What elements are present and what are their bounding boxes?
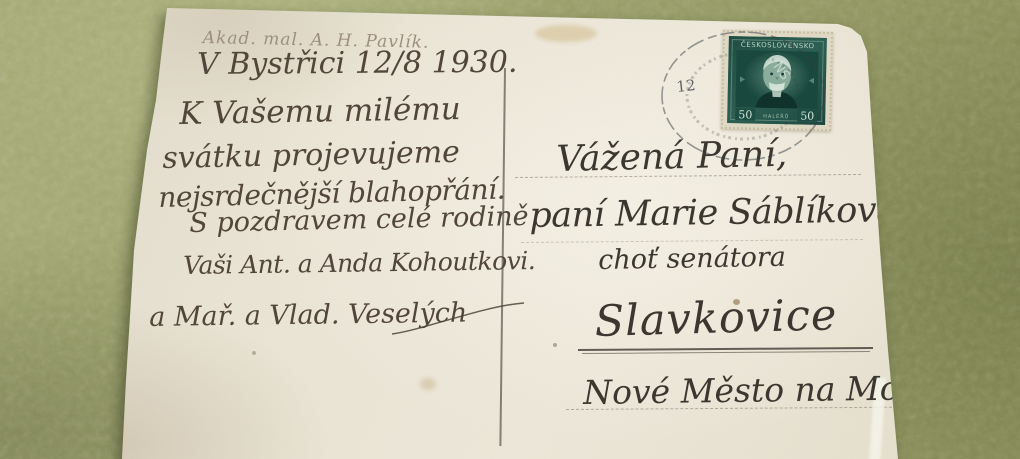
stamp-value-left: 50 [738,108,752,121]
postcard-shadow: Akad. mal. A. H. Pavlík. V Bystřici 12/8… [0,0,1020,459]
address-title: choť senátora [598,242,786,276]
address-town: Slavkovice [594,290,838,347]
message-line: svátku projevujeme [162,135,460,176]
message-line: S pozdravem celé rodině [189,201,529,239]
town-underline [582,351,870,354]
photo-of-postcard: Akad. mal. A. H. Pavlík. V Bystřici 12/8… [0,0,1020,459]
message-line: K Vašemu milému [179,91,461,132]
stamp-country-label: ČESKOSLOVENSKO [741,40,815,51]
paper-speck [252,351,256,355]
paper-stain [535,25,597,42]
address-salutation: Vážená Paní, [556,134,788,180]
address-name: paní Marie Sáblíková, [529,190,907,236]
paper-stain [420,378,436,390]
message-line: Vaši Ant. a Anda Kohoutkovi. [183,246,535,280]
address-district: Nové Město na Mor. [583,368,923,412]
postage-stamp: ČESKOSLOVENSKO 50 50 HALÉŘŮ [721,30,833,131]
stamp-design: ČESKOSLOVENSKO 50 50 HALÉŘŮ [727,36,827,125]
paper-speck [553,343,557,347]
message-date-line: V Bystřici 12/8 1930. [197,45,518,82]
stamp-value-right: 50 [800,109,814,122]
postcard: Akad. mal. A. H. Pavlík. V Bystřici 12/8… [0,0,1020,459]
pen-flourish [388,296,528,341]
